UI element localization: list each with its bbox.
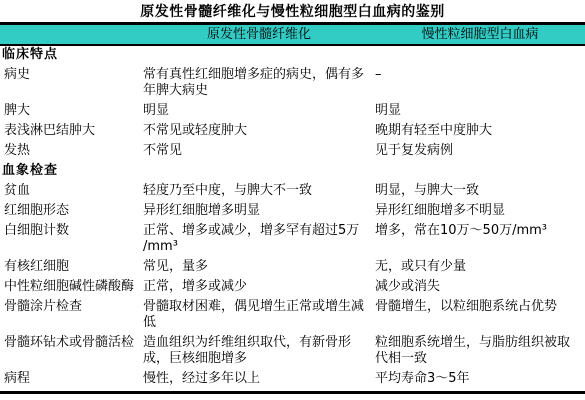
row-label: 白细胞计数 bbox=[0, 223, 143, 255]
cell-cml: 异形红细胞增多不明显 bbox=[375, 203, 585, 219]
cell-pmf: 不常见 bbox=[143, 143, 375, 159]
table-row: 贫血 轻度乃至中度，与脾大不一致 明显，与脾大一致 bbox=[0, 183, 585, 199]
table-row: 病程 慢性，经过多年以上 平均寿命3～5年 bbox=[0, 371, 585, 387]
cell-cml: 见于复发病例 bbox=[375, 143, 585, 159]
table-row: 表浅淋巴结肿大 不常见或轻度肿大 晚期有轻至中度肿大 bbox=[0, 123, 585, 139]
cell-cml: 明显，与脾大一致 bbox=[375, 183, 585, 199]
table-header-row: 原发性骨髓纤维化 慢性粒细胞型白血病 bbox=[0, 22, 585, 46]
table-body: 临床特点 病史 常有真性红细胞增多症的病史，偶有多 年脾大病史 – 脾大 明显 … bbox=[0, 46, 585, 387]
cell-pmf: 骨髓取材困难，偶见增生正常或增生减 低 bbox=[143, 299, 375, 331]
table-row: 脾大 明显 明显 bbox=[0, 103, 585, 119]
table-row: 骨髓涂片检查 骨髓取材困难，偶见增生正常或增生减 低 骨髓增生，以粒细胞系统占优… bbox=[0, 299, 585, 331]
row-label: 有核红细胞 bbox=[0, 259, 143, 275]
table-row: 病史 常有真性红细胞增多症的病史，偶有多 年脾大病史 – bbox=[0, 67, 585, 99]
comparison-table-page: 原发性骨髓纤维化与慢性粒细胞型白血病的鉴别 原发性骨髓纤维化 慢性粒细胞型白血病… bbox=[0, 0, 585, 400]
cell-pmf: 慢性，经过多年以上 bbox=[143, 371, 375, 387]
cell-pmf: 正常，增多或减少 bbox=[143, 279, 375, 295]
table-row: 红细胞形态 异形红细胞增多明显 异形红细胞增多不明显 bbox=[0, 203, 585, 219]
table-row: 骨髓环钻术或骨髓活检 造血组织为纤维组织取代，有新骨形 成，巨核细胞增多 粒细胞… bbox=[0, 335, 585, 367]
cell-pmf: 造血组织为纤维组织取代，有新骨形 成，巨核细胞增多 bbox=[143, 335, 375, 367]
table-row: 白细胞计数 正常、增多或减少，增多罕有超过5万 /mm³ 增多，常在10万～50… bbox=[0, 223, 585, 255]
row-label: 骨髓涂片检查 bbox=[0, 299, 143, 331]
cell-cml: – bbox=[375, 67, 585, 99]
row-label: 红细胞形态 bbox=[0, 203, 143, 219]
column-header-pmf: 原发性骨髓纤维化 bbox=[143, 25, 375, 44]
cell-cml: 骨髓增生，以粒细胞系统占优势 bbox=[375, 299, 585, 331]
row-label: 贫血 bbox=[0, 183, 143, 199]
header-empty-cell bbox=[0, 25, 143, 44]
cell-pmf: 不常见或轻度肿大 bbox=[143, 123, 375, 139]
cell-pmf: 常见，量多 bbox=[143, 259, 375, 275]
row-label: 表浅淋巴结肿大 bbox=[0, 123, 143, 139]
section-heading-blood: 血象检查 bbox=[0, 163, 585, 179]
cell-cml: 粒细胞系统增生，与脂肪组织被取 代相一致 bbox=[375, 335, 585, 367]
cell-pmf: 正常、增多或减少，增多罕有超过5万 /mm³ bbox=[143, 223, 375, 255]
page-title: 原发性骨髓纤维化与慢性粒细胞型白血病的鉴别 bbox=[0, 0, 585, 22]
table-row: 有核红细胞 常见，量多 无，或只有少量 bbox=[0, 259, 585, 275]
cell-cml: 无，或只有少量 bbox=[375, 259, 585, 275]
row-label: 发热 bbox=[0, 143, 143, 159]
section-heading-clinical: 临床特点 bbox=[0, 47, 585, 63]
cell-pmf: 明显 bbox=[143, 103, 375, 119]
cell-cml: 平均寿命3～5年 bbox=[375, 371, 585, 387]
row-label: 骨髓环钻术或骨髓活检 bbox=[0, 335, 143, 367]
row-label: 中性粒细胞碱性磷酸酶 bbox=[0, 279, 143, 295]
table-row: 发热 不常见 见于复发病例 bbox=[0, 143, 585, 159]
cell-cml: 减少或消失 bbox=[375, 279, 585, 295]
row-label: 脾大 bbox=[0, 103, 143, 119]
cell-cml: 晚期有轻至中度肿大 bbox=[375, 123, 585, 139]
cell-pmf: 常有真性红细胞增多症的病史，偶有多 年脾大病史 bbox=[143, 67, 375, 99]
cell-cml: 明显 bbox=[375, 103, 585, 119]
row-label: 病史 bbox=[0, 67, 143, 99]
table-bottom-rule bbox=[0, 391, 585, 394]
column-header-cml: 慢性粒细胞型白血病 bbox=[375, 25, 585, 44]
table-row: 中性粒细胞碱性磷酸酶 正常，增多或减少 减少或消失 bbox=[0, 279, 585, 295]
cell-pmf: 轻度乃至中度，与脾大不一致 bbox=[143, 183, 375, 199]
row-label: 病程 bbox=[0, 371, 143, 387]
cell-pmf: 异形红细胞增多明显 bbox=[143, 203, 375, 219]
cell-cml: 增多，常在10万～50万/mm³ bbox=[375, 223, 585, 255]
